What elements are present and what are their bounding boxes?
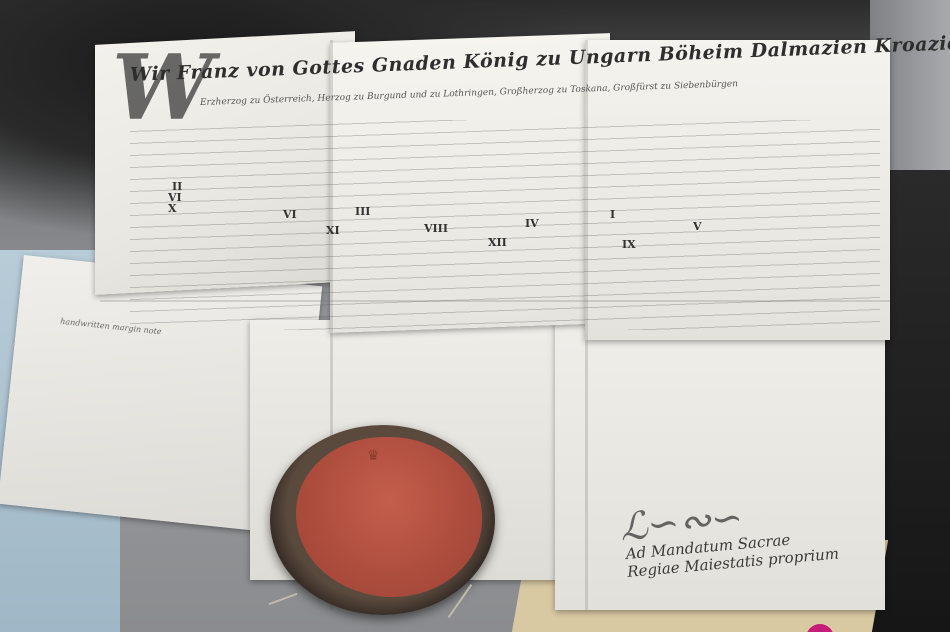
roman-numeral: IV	[525, 217, 539, 230]
roman-numeral: IX	[622, 238, 636, 251]
crown-icon: ♛	[367, 448, 381, 464]
ornate-initial: W	[112, 35, 213, 141]
roman-numeral: VI	[283, 208, 297, 221]
roman-numeral: III	[355, 205, 370, 218]
handwritten-text-lines	[130, 120, 880, 330]
photo-scene: W Wir Franz von Gottes Gnaden König zu U…	[0, 0, 950, 632]
roman-numeral: X	[168, 202, 177, 215]
roman-numeral: XII	[488, 236, 507, 249]
wax-seal	[296, 437, 482, 597]
roman-numeral: V	[693, 220, 702, 233]
roman-numeral: VIII	[424, 222, 448, 235]
roman-numeral: I	[610, 208, 615, 221]
roman-numeral: XI	[326, 224, 340, 237]
